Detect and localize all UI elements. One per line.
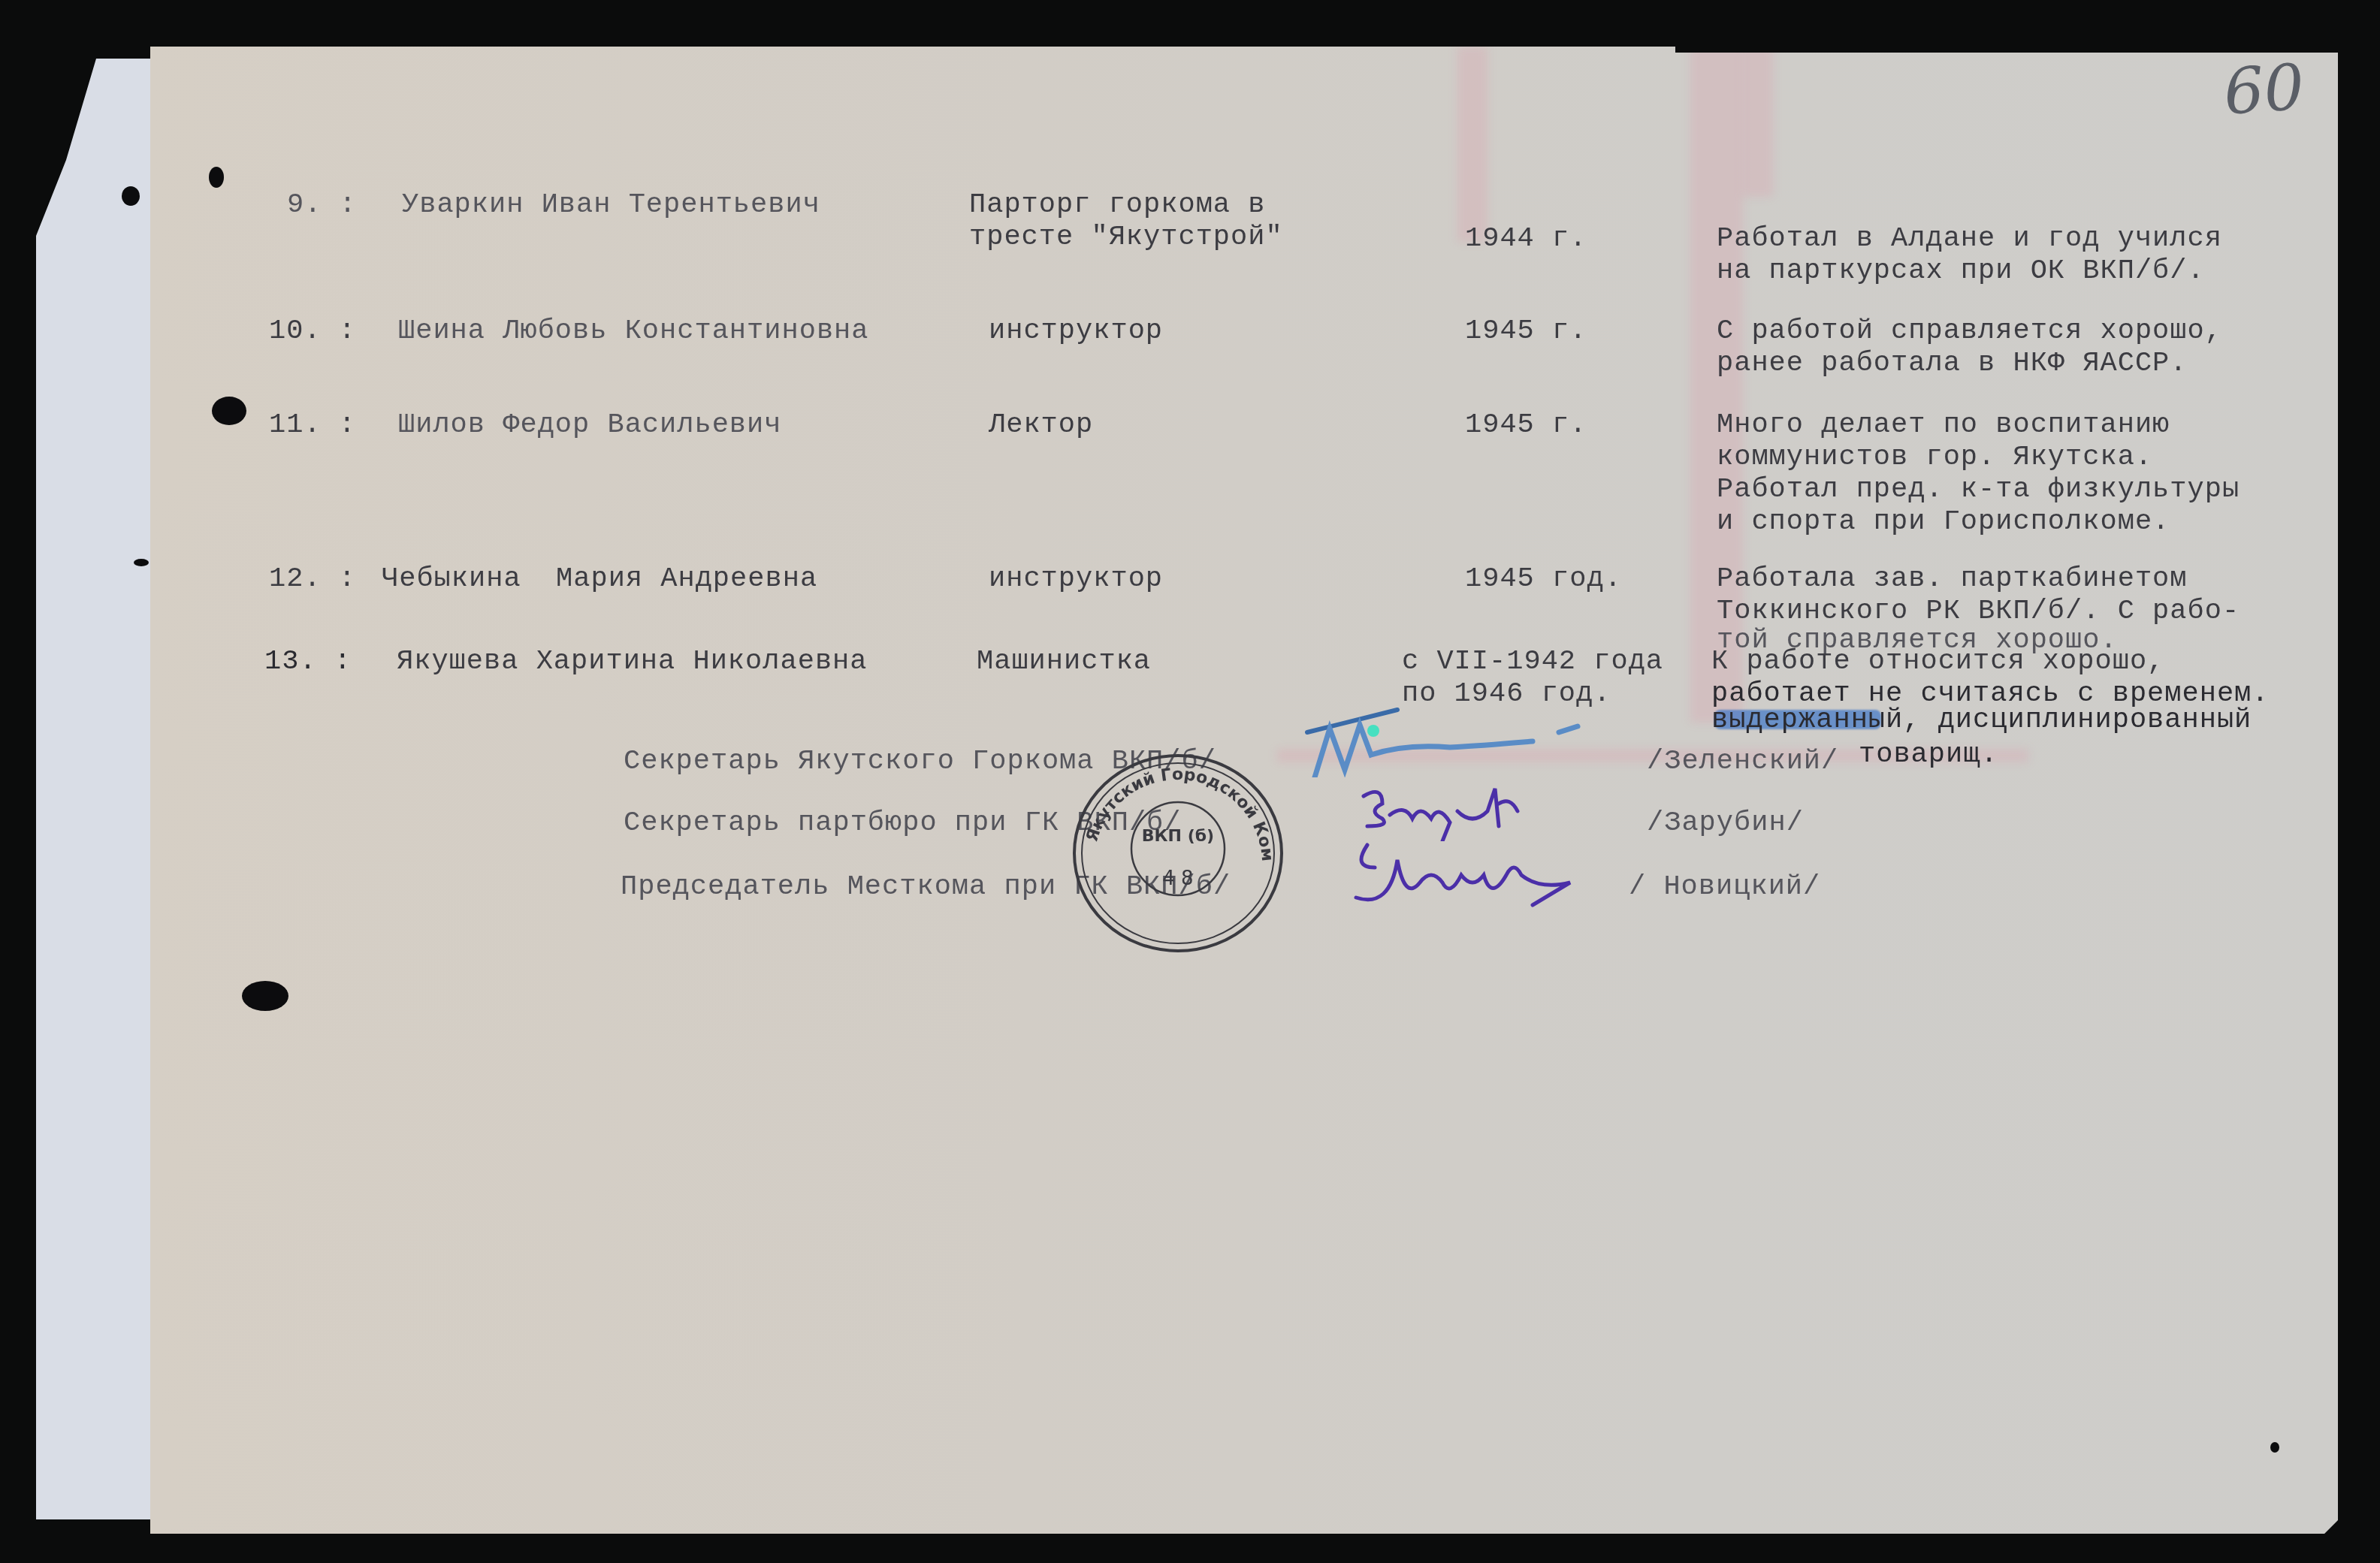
entry-name: Якушева Харитина Николаевна [397,646,868,678]
entry-description-line: Работала зав. парткабинетом [1717,563,2188,596]
ink-dot [2270,1442,2279,1453]
entry-number: 12. : [269,563,356,596]
entry-year: 1945 год. [1465,563,1622,596]
entry-description-line: Много делает по воспитанию [1717,409,2170,442]
entry-position-line: инструктор [989,315,1163,348]
entry-description-line: товарищ. [1859,739,1998,771]
signature-name: / Новицкий/ [1629,871,1820,904]
punch-hole [212,397,246,425]
entry-name: Шеина Любовь Константиновна [398,315,869,348]
entry-position-line: тресте "Якутстрой" [969,222,1283,254]
pink-stain [1743,47,1773,197]
signature-name: /Зарубин/ [1647,807,1804,840]
entry-description-line: коммунистов гор. Якутска. [1717,442,2152,474]
entry-name: Чебыкина Мария Андреевна [382,563,817,596]
signature-zarubin-icon [1360,781,1570,841]
entry-description-line: К работе относится хорошо, [1711,646,2164,678]
punch-hole [134,559,149,566]
entry-position-line: инструктор [989,563,1163,596]
entry-number: 10. : [269,315,356,348]
entry-description-line: С работой справляется хорошо, [1717,315,2222,348]
entry-description-line: Работал пред. к-та физкультуры [1717,474,2240,506]
entry-position-line: Лектор [989,409,1093,442]
entry-description-line: выдержанный, дисциплинированный [1711,705,2252,737]
signature-zelensky-icon [1300,702,1600,777]
entry-number: 11. : [269,409,356,442]
punch-hole [209,167,224,188]
pink-stain [1457,47,1487,242]
stamp-number: 4 8 [1162,867,1193,890]
entry-description-line: Работал в Алдане и год учился [1717,223,2222,255]
entry-position-line: Машинистка [977,646,1151,678]
entry-year: с VII-1942 года [1402,646,1663,678]
punch-hole [122,186,140,206]
page-number: 60 [2221,50,2306,128]
entry-year: 1945 г. [1465,315,1587,348]
entry-description-line: ранее работала в НКФ ЯАССР. [1717,348,2188,380]
signature-novitsky-icon [1345,837,1593,913]
punch-hole [242,981,288,1011]
entry-year: 1944 г. [1465,223,1587,255]
entry-position-line: Парторг горкома в [969,189,1265,222]
entry-name: Шилов Федор Васильевич [398,409,781,442]
entry-description-line: и спорта при Горисполкоме. [1717,506,2170,539]
entry-name: Уваркин Иван Терентьевич [402,189,820,222]
stamp-center-text: ВКП (б) [1142,827,1214,846]
entry-number: 9. : [287,189,357,222]
backing-sheet [36,59,156,1519]
entry-description-line: Токкинского РК ВКП/б/. С рабо- [1717,596,2240,628]
signature-name: /Зеленский/ [1647,746,1838,778]
entry-number: 13. : [264,646,352,678]
entry-year: 1945 г. [1465,409,1587,442]
official-stamp-icon: Якутский Городской Комитет ВКП(б) Якутск… [1065,751,1291,955]
entry-description-line: на парткурсах при ОК ВКП/б/. [1717,255,2205,288]
